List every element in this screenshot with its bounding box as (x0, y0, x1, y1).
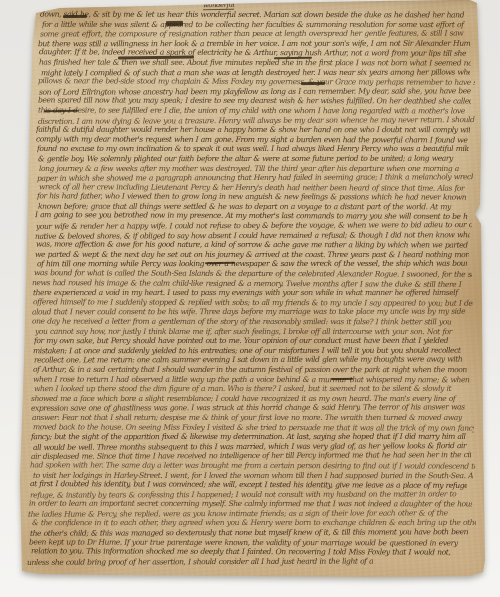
ink-strikethrough (331, 378, 353, 380)
ink-strikethrough (166, 21, 183, 26)
manuscript-line: has finished her tale & then we shall se… (39, 58, 471, 69)
manuscript-line: down, said he, & sit by me & let us hear… (40, 10, 469, 20)
manuscript-line: answer: Fear not that I shall return; de… (32, 413, 474, 423)
manuscript-line: you cannot say how, nor justly I think b… (35, 326, 474, 336)
ink-strikethrough (63, 15, 87, 18)
inserted-word: wonderful (203, 1, 235, 11)
manuscript-line: faithful & dutiful daughter would render… (36, 125, 470, 135)
manuscript-line: was, more affection & awe for his good n… (36, 240, 468, 251)
manuscript-line: there experienced a void in my heart. I … (33, 288, 470, 298)
manuscript-page: down, said he, & sit by me & let us hear… (0, 0, 500, 597)
ink-strikethrough (301, 82, 325, 85)
scan-background: down, said he, & sit by me & let us hear… (0, 0, 500, 597)
manuscript-line: for my own sake, but Percy should have p… (34, 336, 469, 346)
manuscript-line: one day he received a letter from a gent… (32, 317, 473, 327)
manuscript-line: unless she could bring proof of her asse… (27, 556, 470, 567)
manuscript-line: some great effort, the composure of resi… (39, 29, 474, 40)
manuscript-line: of Arthur, & in a sad certainty that I s… (33, 365, 472, 375)
paper-sheet: down, said he, & sit by me & let us hear… (0, 0, 500, 597)
manuscript-text: down, said he, & sit by me & let us hear… (38, 10, 478, 566)
ink-strikethrough (205, 262, 235, 264)
manuscript-line: & gentle boy. We solemnly plighted our f… (38, 154, 470, 164)
manuscript-line: had spoken with her. The same day a lett… (30, 460, 475, 471)
manuscript-line: found no excuse to my own inclination & … (37, 144, 469, 154)
manuscript-line: when I looked up there stood the dim fig… (34, 384, 475, 394)
